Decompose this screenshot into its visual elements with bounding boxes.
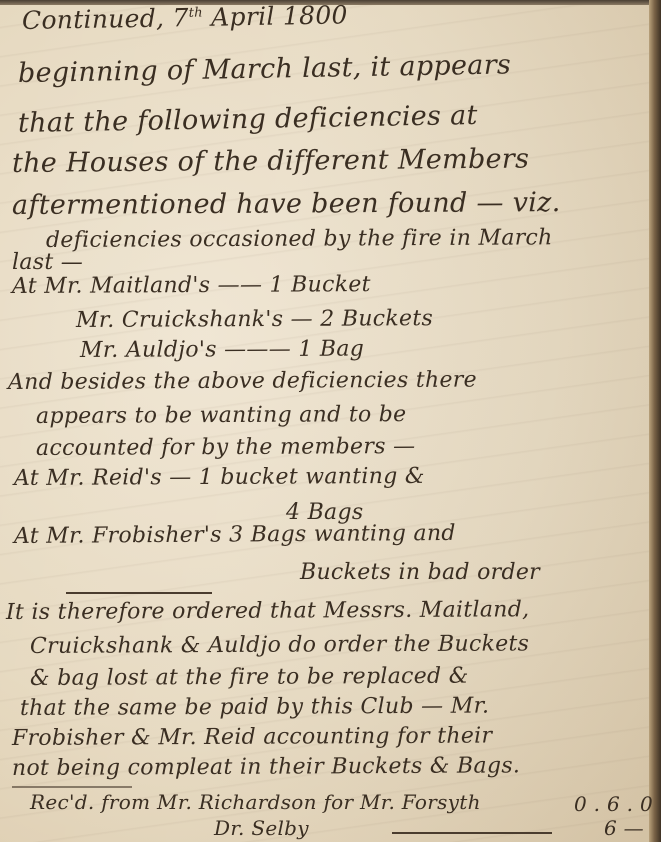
receipt-text: Dr. Selby — [214, 816, 309, 840]
text-line: & bag lost at the fire to be replaced & — [30, 664, 469, 691]
text-line: It is therefore ordered that Messrs. Mai… — [6, 597, 530, 625]
receipt-amount: 0 . 6 . 0 — [574, 792, 653, 816]
section-divider — [12, 786, 132, 788]
section-divider — [66, 592, 212, 594]
receipt-text: Rec'd. from Mr. Richardson for Mr. Forsy… — [30, 790, 481, 814]
book-spine-edge — [649, 0, 661, 842]
deficiency-house: Mr. Auldjo's — [80, 337, 217, 363]
text-line: accounted for by the members — — [36, 434, 415, 461]
deficiency-row: At Mr. Maitland's —— 1 Bucket — [12, 272, 371, 299]
text-line: aftermentioned have been found — viz. — [12, 187, 561, 221]
text-line: last — — [12, 250, 83, 275]
wanting-row: At Mr. Frobisher's 3 Bags wanting and — [14, 521, 456, 549]
deficiency-item: 1 Bucket — [269, 272, 370, 298]
receipt-row: Dr. Selby — [214, 816, 309, 840]
deficiency-row: Mr. Auldjo's ——— 1 Bag — [80, 337, 364, 363]
wanting-continuation: Buckets in bad order — [300, 560, 540, 585]
deficiency-dash: ——— — [224, 337, 291, 362]
heading-prefix: Continued, 7 — [22, 3, 189, 35]
page-heading: Continued, 7th April 1800 — [22, 0, 348, 35]
heading-superscript: th — [189, 6, 203, 21]
text-line: that the following deficiencies at — [18, 100, 478, 139]
deficiency-dash: —— — [218, 273, 263, 298]
text-line: the Houses of the different Members — [12, 143, 530, 179]
wanting-row: At Mr. Reid's — 1 bucket wanting & — [14, 464, 425, 491]
text-line: appears to be wanting and to be — [36, 402, 407, 429]
receipt-amount: 6 — — [604, 816, 644, 840]
deficiency-house: At Mr. Maitland's — [12, 273, 210, 299]
deficiency-row: Mr. Cruickshank's — 2 Buckets — [76, 306, 433, 333]
receipt-leader-line — [392, 832, 552, 834]
deficiency-dash: — — [291, 307, 313, 332]
receipt-row: Rec'd. from Mr. Richardson for Mr. Forsy… — [30, 790, 481, 814]
text-line: not being compleat in their Buckets & Ba… — [12, 753, 520, 781]
deficiency-item: 2 Buckets — [320, 306, 433, 332]
deficiency-item: 1 Bag — [298, 337, 364, 362]
text-line: deficiencies occasioned by the fire in M… — [46, 225, 553, 253]
text-line: And besides the above deficiencies there — [8, 368, 477, 395]
text-line: that the same be paid by this Club — Mr. — [20, 694, 489, 721]
manuscript-page: Continued, 7th April 1800 beginning of M… — [0, 0, 661, 842]
text-line: Frobisher & Mr. Reid accounting for thei… — [12, 723, 492, 751]
heading-suffix: April 1800 — [203, 0, 348, 32]
text-line: Cruickshank & Auldjo do order the Bucket… — [30, 631, 529, 659]
deficiency-house: Mr. Cruickshank's — [76, 307, 283, 333]
text-line: beginning of March last, it appears — [18, 49, 512, 89]
